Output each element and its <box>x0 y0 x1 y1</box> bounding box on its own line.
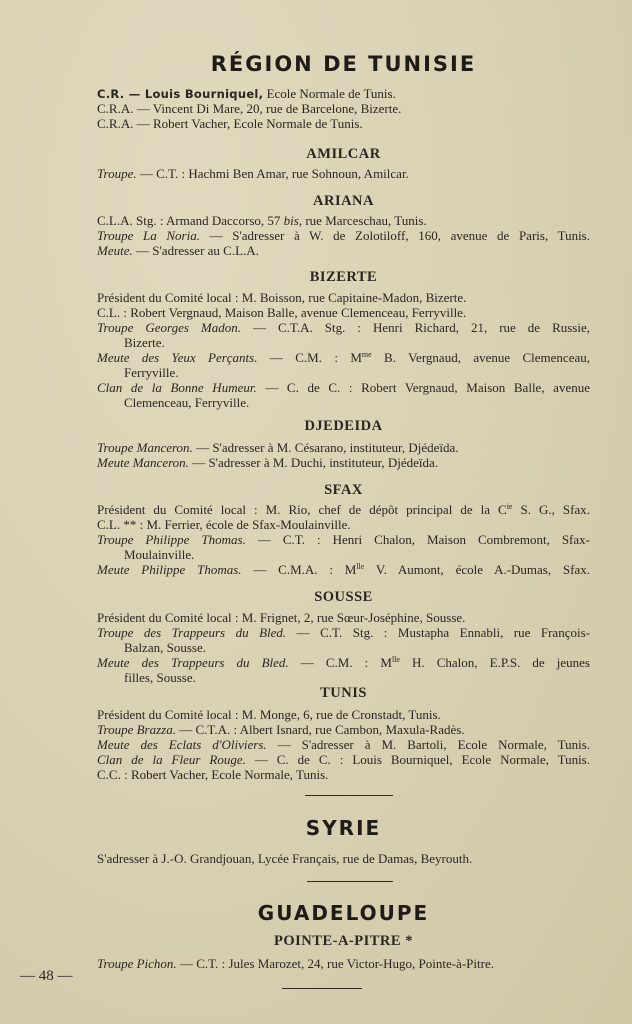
leader-cr: C.R. — Louis Bourniquel, Ecole Normale d… <box>97 86 590 102</box>
entry: Meute des Yeux Perçants. — C.M. : Mme B.… <box>97 350 590 365</box>
entry-continuation: Moulainville. <box>97 547 590 562</box>
entry: Président du Comité local : M. Boisson, … <box>97 290 590 305</box>
page-number: — 48 — <box>20 968 73 985</box>
city-heading-sousse: SOUSSE <box>97 589 590 606</box>
entry: Président du Comité local : M. Frignet, … <box>97 610 590 625</box>
entry: Clan de la Bonne Humeur. — C. de C. : Ro… <box>97 380 590 395</box>
entry: Troupe Brazza. — C.T.A. : Albert Isnard,… <box>97 722 590 737</box>
section-divider <box>282 988 362 989</box>
entry: Meute. — S'adresser au C.L.A. <box>97 243 590 258</box>
region-title-syrie: SYRIE <box>97 816 590 840</box>
entry: Troupe des Trappeurs du Bled. — C.T. Stg… <box>97 625 590 640</box>
entry: Troupe Philippe Thomas. — C.T. : Henri C… <box>97 532 590 547</box>
entry: Meute Philippe Thomas. — C.M.A. : Mlle V… <box>97 562 590 577</box>
entry: Troupe La Noria. — S'adresser à W. de Zo… <box>97 228 590 243</box>
entry: Président du Comité local : M. Rio, chef… <box>97 502 590 517</box>
entry: Clan de la Fleur Rouge. — C. de C. : Lou… <box>97 752 590 767</box>
city-heading-tunis: TUNIS <box>97 685 590 702</box>
entry: Troupe. — C.T. : Hachmi Ben Amar, rue So… <box>97 166 590 181</box>
entry: C.L. : Robert Vergnaud, Maison Balle, av… <box>97 305 590 320</box>
city-heading-djedeida: DJEDEIDA <box>97 418 590 435</box>
entry-continuation: Clemenceau, Ferryville. <box>97 395 590 410</box>
leader-cra-1: C.R.A. — Vincent Di Mare, 20, rue de Bar… <box>97 101 590 116</box>
entry: Meute Manceron. — S'adresser à M. Duchi,… <box>97 455 590 470</box>
city-heading-amilcar: AMILCAR <box>97 146 590 163</box>
entry: C.C. : Robert Vacher, Ecole Normale, Tun… <box>97 767 590 782</box>
city-heading-ariana: ARIANA <box>97 193 590 210</box>
region-title-tunisie: RÉGION DE TUNISIE <box>97 52 590 76</box>
entry-continuation: Ferryville. <box>97 365 590 380</box>
region-title-guadeloupe: GUADELOUPE <box>97 901 590 925</box>
entry-continuation: filles, Sousse. <box>97 670 590 685</box>
city-heading-pointe-a-pitre: POINTE-A-PITRE * <box>97 933 590 950</box>
entry-continuation: Bizerte. <box>97 335 590 350</box>
entry: Meute des Trappeurs du Bled. — C.M. : Ml… <box>97 655 590 670</box>
entry: Troupe Georges Madon. — C.T.A. Stg. : He… <box>97 320 590 335</box>
city-heading-sfax: SFAX <box>97 482 590 499</box>
section-divider <box>305 795 393 796</box>
entry: C.L.A. Stg. : Armand Daccorso, 57 bis, r… <box>97 213 590 228</box>
leader-cra-2: C.R.A. — Robert Vacher, Ecole Normale de… <box>97 116 590 131</box>
entry: Troupe Manceron. — S'adresser à M. César… <box>97 440 590 455</box>
section-divider <box>307 881 393 882</box>
entry-continuation: Balzan, Sousse. <box>97 640 590 655</box>
syrie-contact: S'adresser à J.-O. Grandjouan, Lycée Fra… <box>97 851 590 866</box>
entry: Meute des Eclats d'Oliviers. — S'adresse… <box>97 737 590 752</box>
entry: Troupe Pichon. — C.T. : Jules Marozet, 2… <box>97 956 590 971</box>
entry: Président du Comité local : M. Monge, 6,… <box>97 707 590 722</box>
city-heading-bizerte: BIZERTE <box>97 269 590 286</box>
entry: C.L. ** : M. Ferrier, école de Sfax-Moul… <box>97 517 590 532</box>
